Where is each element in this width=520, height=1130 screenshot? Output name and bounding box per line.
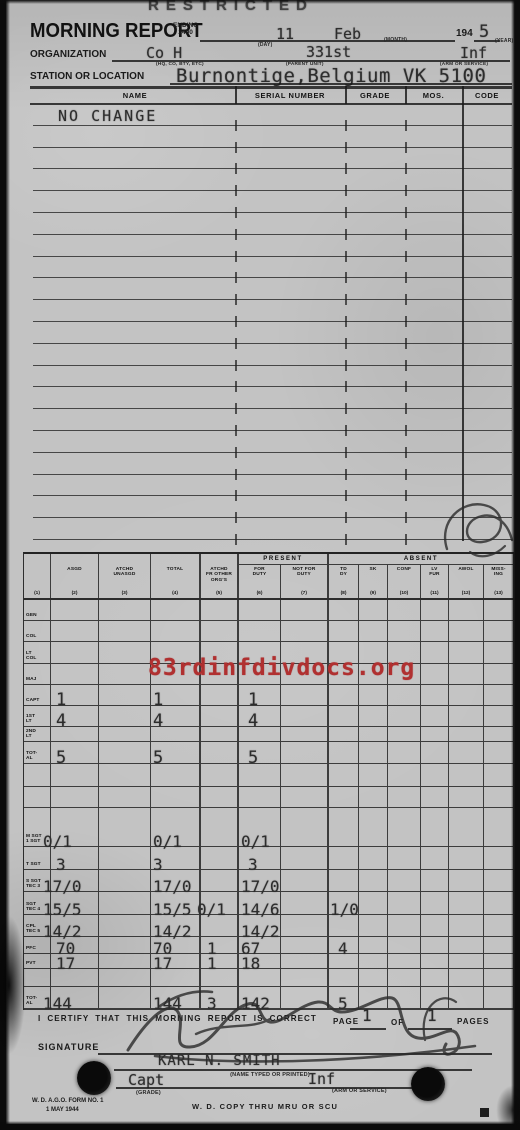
- summary-cell: [99, 706, 151, 726]
- summary-cell: [484, 685, 514, 705]
- summary-cell: [421, 937, 449, 953]
- summary-cell: [99, 915, 151, 936]
- ending-block: ENDING 2400: [173, 22, 198, 36]
- summary-value: 4: [56, 711, 66, 731]
- roster-col-grade: GRADE: [345, 91, 405, 100]
- summary-cell: [99, 554, 151, 565]
- summary-cell: [99, 969, 151, 986]
- summary-cell: [359, 727, 388, 741]
- summary-cell: [388, 685, 421, 705]
- summary-cell: [359, 870, 388, 891]
- summary-value: 17/0: [153, 877, 192, 896]
- summary-cell: (10): [388, 588, 421, 598]
- summary-cell: [359, 954, 388, 968]
- pages-underline: [408, 1028, 452, 1030]
- summary-cell: [421, 764, 449, 786]
- summary-cell: [99, 987, 151, 1008]
- roster-row: [33, 409, 512, 431]
- roster-row: [33, 475, 512, 497]
- summary-cell: (1): [24, 588, 51, 598]
- parent-unit-value: 331st: [306, 43, 351, 61]
- summary-cell: [51, 664, 99, 684]
- summary-cell: [281, 954, 329, 968]
- summary-row-label: GEN: [24, 600, 51, 620]
- summary-cell: (12): [449, 588, 484, 598]
- summary-cell: [201, 742, 239, 763]
- summary-cell: LVFUR: [421, 565, 449, 588]
- summary-cell: [421, 847, 449, 869]
- summary-value: 0/1: [43, 832, 72, 851]
- summary-cell: [201, 621, 239, 641]
- arm-value: Inf: [460, 44, 487, 62]
- summary-cell: [388, 742, 421, 763]
- summary-cell: [484, 954, 514, 968]
- summary-row: 1STLT444: [24, 706, 514, 727]
- roster-row: [33, 518, 512, 540]
- summary-cell: [388, 727, 421, 741]
- summary-value: 0/1: [153, 832, 182, 851]
- summary-cell: [421, 664, 449, 684]
- summary-cell: AWOL: [449, 565, 484, 588]
- summary-cell: [99, 870, 151, 891]
- ending-label: ENDING: [173, 22, 198, 29]
- signature-label: SIGNATURE: [38, 1042, 99, 1052]
- roster-row: [33, 191, 512, 213]
- summary-cell: [359, 742, 388, 763]
- summary-cell: [99, 764, 151, 786]
- summary-value: 5: [153, 748, 163, 768]
- punch-hole-right: [411, 1067, 445, 1101]
- summary-cell: 17/0: [239, 870, 281, 891]
- summary-cell: [99, 664, 151, 684]
- summary-cell: [449, 808, 484, 846]
- roster-row: [33, 387, 512, 409]
- form-date: 1 MAY 1944: [46, 1107, 79, 1113]
- summary-cell: [421, 600, 449, 620]
- summary-cell: [99, 685, 151, 705]
- summary-cell: [484, 892, 514, 914]
- summary-cell: [421, 954, 449, 968]
- summary-cell: 4: [239, 706, 281, 726]
- certify-statement: I CERTIFY THAT THIS MORNING REPORT IS CO…: [38, 1013, 317, 1023]
- summary-cell: [281, 621, 329, 641]
- summary-row: 2NDLT: [24, 727, 514, 742]
- summary-row: PVT1717118: [24, 954, 514, 969]
- summary-cell: [329, 621, 359, 641]
- summary-cell: [449, 685, 484, 705]
- summary-cell: [329, 742, 359, 763]
- summary-value: 1: [207, 954, 217, 973]
- summary-row: COL: [24, 621, 514, 642]
- summary-cell: [388, 787, 421, 807]
- summary-cell: [388, 870, 421, 891]
- summary-value: 1: [153, 690, 163, 710]
- column-tick: [405, 534, 407, 545]
- summary-cell: [99, 642, 151, 663]
- summary-cell: [449, 892, 484, 914]
- summary-row: [24, 787, 514, 808]
- summary-cell: (13): [484, 588, 514, 598]
- summary-row-label: LTCOL: [24, 642, 51, 663]
- summary-row: M SGT1 SGT0/10/10/1: [24, 808, 514, 847]
- summary-cell: 5: [51, 742, 99, 763]
- summary-cell: 5: [329, 987, 359, 1008]
- summary-cell: [484, 787, 514, 807]
- roster-row: [33, 344, 512, 366]
- summary-label-row: ASGDATCHDUNASGDTOTALATCHDFR OTHERORG'SFO…: [24, 565, 514, 588]
- roster-row: [33, 213, 512, 235]
- summary-row: GEN: [24, 600, 514, 621]
- summary-value: 17/0: [241, 877, 280, 896]
- summary-value: 15/5: [43, 900, 82, 919]
- summary-cell: [484, 915, 514, 936]
- summary-cell: [99, 954, 151, 968]
- summary-cell: [388, 915, 421, 936]
- summary-cell: [388, 969, 421, 986]
- station-label: STATION OR LOCATION: [30, 70, 144, 82]
- summary-cell: [484, 987, 514, 1008]
- name-typed: KARL N. SMITH: [158, 1053, 281, 1069]
- roster-row: [33, 431, 512, 453]
- summary-cell: FORDUTY: [239, 565, 281, 588]
- summary-row: [24, 969, 514, 987]
- summary-cell: [329, 685, 359, 705]
- organization-label: ORGANIZATION: [30, 48, 106, 60]
- summary-cell: [281, 706, 329, 726]
- summary-cell: [484, 664, 514, 684]
- summary-cell: [421, 969, 449, 986]
- summary-cell: [449, 664, 484, 684]
- summary-cell: [24, 554, 51, 565]
- summary-cell: [359, 892, 388, 914]
- corner-mark: [480, 1108, 489, 1117]
- year-sublabel: (YEAR): [495, 38, 513, 44]
- summary-cell: [151, 621, 201, 641]
- report-day: 11: [276, 25, 294, 43]
- summary-cell: [484, 742, 514, 763]
- of-label: OF: [391, 1018, 404, 1027]
- summary-cell: ATCHDFR OTHERORG'S: [201, 565, 239, 588]
- roster-row: [33, 126, 512, 148]
- summary-row-label: [24, 787, 51, 807]
- summary-value: 0/1: [241, 832, 270, 851]
- summary-cell: (2): [51, 588, 99, 598]
- summary-value: 4: [153, 711, 163, 731]
- summary-cell: [329, 600, 359, 620]
- summary-cell: [449, 600, 484, 620]
- summary-cell: [388, 954, 421, 968]
- summary-value: 142: [241, 994, 270, 1013]
- summary-row-label: PVT: [24, 954, 51, 968]
- day-sublabel: (DAY): [258, 42, 272, 48]
- summary-cell: [421, 742, 449, 763]
- summary-cell: [484, 847, 514, 869]
- roster-row: [33, 496, 512, 518]
- summary-cell: 1: [201, 954, 239, 968]
- summary-cell: 5: [151, 742, 201, 763]
- summary-cell: 0/1: [151, 808, 201, 846]
- summary-cell: [201, 554, 239, 565]
- roster-header-divider: [235, 86, 237, 104]
- summary-cell: [281, 808, 329, 846]
- roster-col-serial: SERIAL NUMBER: [235, 91, 345, 100]
- roster-row: [33, 235, 512, 257]
- summary-cell: [281, 685, 329, 705]
- watermark-text: 83rdinfdivdocs.org: [148, 655, 415, 681]
- summary-cell: [281, 987, 329, 1008]
- restricted-stamp: RESTRICTED: [148, 0, 314, 14]
- summary-cell: [421, 621, 449, 641]
- summary-cell: [359, 685, 388, 705]
- summary-cell: [359, 987, 388, 1008]
- roster-row: [33, 169, 512, 191]
- summary-cell: [449, 969, 484, 986]
- summary-cell: 1: [51, 685, 99, 705]
- summary-cell: 70: [51, 937, 99, 953]
- summary-cell: [24, 565, 51, 588]
- roster-col-mos: MOS.: [405, 91, 462, 100]
- summary-cell: 17: [51, 954, 99, 968]
- summary-number-row: (1)(2)(3)(4)(5)(6)(7)(8)(9)(10)(11)(12)(…: [24, 588, 514, 600]
- summary-cell: [484, 621, 514, 641]
- summary-cell: [201, 787, 239, 807]
- roster-row: [33, 300, 512, 322]
- summary-cell: [449, 870, 484, 891]
- punch-hole-left: [77, 1061, 111, 1095]
- summary-cell: [201, 847, 239, 869]
- summary-cell: [99, 847, 151, 869]
- summary-cell: (7): [281, 588, 329, 598]
- page-label: PAGE: [333, 1017, 359, 1026]
- summary-cell: (11): [421, 588, 449, 598]
- roster-top-rule: [30, 86, 512, 89]
- summary-cell: TOTAL: [151, 565, 201, 588]
- year-digit: 5: [479, 22, 489, 42]
- summary-cell: 0/1: [51, 808, 99, 846]
- summary-row-label: CAPT: [24, 685, 51, 705]
- summary-value: 14/6: [241, 900, 280, 919]
- report-month: Feb: [334, 25, 361, 43]
- summary-row-label: [24, 969, 51, 986]
- summary-cell: [201, 685, 239, 705]
- summary-cell: [484, 937, 514, 953]
- summary-value: 144: [43, 994, 72, 1013]
- summary-cell: SK: [359, 565, 388, 588]
- summary-cell: [201, 706, 239, 726]
- summary-cell: [388, 600, 421, 620]
- summary-cell: 1/0: [329, 892, 359, 914]
- summary-cell: [281, 937, 329, 953]
- summary-cell: [484, 808, 514, 846]
- roster-row: [33, 278, 512, 300]
- morning-report-scan: RESTRICTED MORNING REPORT ENDING 2400 11…: [0, 0, 520, 1130]
- summary-cell: [484, 642, 514, 663]
- summary-cell: [388, 937, 421, 953]
- summary-cell: [388, 764, 421, 786]
- roster-col-code: CODE: [462, 91, 512, 100]
- footer-arm-sublabel: (ARM OR SERVICE): [332, 1088, 387, 1094]
- summary-cell: [421, 685, 449, 705]
- summary-cell: [281, 742, 329, 763]
- summary-cell: [449, 621, 484, 641]
- summary-cell: [449, 987, 484, 1008]
- summary-cell: [421, 727, 449, 741]
- summary-cell: [388, 621, 421, 641]
- summary-cell: [329, 808, 359, 846]
- summary-cell: [281, 600, 329, 620]
- station-underline: [170, 83, 512, 85]
- summary-value: 1: [56, 690, 66, 710]
- summary-cell: [421, 642, 449, 663]
- summary-cell: [449, 742, 484, 763]
- summary-value: 15/5: [153, 900, 192, 919]
- summary-value: 1/0: [330, 900, 359, 919]
- summary-cell: [449, 847, 484, 869]
- footer-arm-value: Inf: [308, 1070, 335, 1088]
- summary-cell: [329, 969, 359, 986]
- summary-cell: [484, 764, 514, 786]
- summary-cell: [359, 847, 388, 869]
- summary-cell: [239, 621, 281, 641]
- summary-cell: [421, 808, 449, 846]
- roster-row: [33, 453, 512, 475]
- summary-cell: ASGD: [51, 565, 99, 588]
- summary-row: TOT-AL14414431425: [24, 987, 514, 1010]
- summary-cell: [421, 915, 449, 936]
- ending-value: 2400: [173, 29, 198, 36]
- summary-cell: 142: [239, 987, 281, 1008]
- summary-cell: [51, 621, 99, 641]
- summary-row-label: 2NDLT: [24, 727, 51, 741]
- roster-body: NO CHANGE: [33, 104, 512, 540]
- present-group-header: PRESENT: [239, 554, 329, 565]
- summary-row-label: 1STLT: [24, 706, 51, 726]
- roster-row: [33, 366, 512, 388]
- summary-cell: [421, 987, 449, 1008]
- summary-value: 17/0: [43, 877, 82, 896]
- summary-cell: [281, 969, 329, 986]
- summary-cell: [484, 870, 514, 891]
- pages-label: PAGES: [457, 1017, 489, 1026]
- page-underline: [350, 1028, 386, 1030]
- summary-cell: TDDY: [329, 565, 359, 588]
- summary-cell: [51, 642, 99, 663]
- summary-cell: [281, 764, 329, 786]
- summary-row-label: TOT-AL: [24, 742, 51, 763]
- summary-value: 3: [248, 855, 258, 874]
- roster-header-divider: [405, 86, 407, 104]
- summary-cell: [281, 847, 329, 869]
- summary-cell: [329, 787, 359, 807]
- summary-cell: 1: [151, 685, 201, 705]
- summary-cell: [484, 706, 514, 726]
- summary-cell: [239, 727, 281, 741]
- summary-cell: 144: [151, 987, 201, 1008]
- grade-sublabel: (GRADE): [136, 1090, 161, 1096]
- summary-cell: [201, 727, 239, 741]
- summary-cell: [359, 808, 388, 846]
- summary-cell: [99, 892, 151, 914]
- summary-value: 17: [56, 954, 75, 973]
- roster-row: [33, 257, 512, 279]
- summary-cell: [388, 847, 421, 869]
- summary-cell: [484, 727, 514, 741]
- summary-cell: 1: [239, 685, 281, 705]
- summary-cell: [151, 787, 201, 807]
- summary-cell: 0/1: [239, 808, 281, 846]
- summary-cell: [359, 764, 388, 786]
- summary-cell: [201, 870, 239, 891]
- roster-header-divider: [345, 86, 347, 104]
- summary-cell: [99, 727, 151, 741]
- summary-cell: [329, 706, 359, 726]
- summary-value: 18: [241, 954, 260, 973]
- summary-value: 4: [248, 711, 258, 731]
- summary-value: 4: [338, 939, 348, 958]
- date-underline: [200, 40, 455, 42]
- summary-cell: [51, 787, 99, 807]
- summary-cell: [484, 600, 514, 620]
- summary-cell: [388, 892, 421, 914]
- summary-row-label: MAJ: [24, 664, 51, 684]
- summary-cell: [51, 600, 99, 620]
- summary-cell: [329, 727, 359, 741]
- summary-row-label: [24, 764, 51, 786]
- summary-cell: [449, 937, 484, 953]
- summary-cell: [329, 764, 359, 786]
- summary-cell: CONF: [388, 565, 421, 588]
- form-id: W. D. A.G.O. FORM NO. 1: [32, 1098, 103, 1104]
- roster-row: [33, 322, 512, 344]
- summary-cell: [99, 621, 151, 641]
- summary-cell: [359, 969, 388, 986]
- summary-cell: NOT FORDUTY: [281, 565, 329, 588]
- summary-cell: [359, 600, 388, 620]
- summary-value: 144: [153, 994, 182, 1013]
- summary-cell: 5: [239, 742, 281, 763]
- copy-note: W. D. COPY THRU MRU OR SCU: [192, 1102, 338, 1111]
- summary-row-label: COL: [24, 621, 51, 641]
- summary-value: 5: [248, 748, 258, 768]
- summary-cell: [359, 937, 388, 953]
- summary-value: 17: [153, 954, 172, 973]
- summary-cell: [281, 727, 329, 741]
- summary-cell: [281, 787, 329, 807]
- summary-cell: [99, 808, 151, 846]
- summary-cell: [359, 915, 388, 936]
- summary-cell: (5): [201, 588, 239, 598]
- summary-cell: 3: [201, 987, 239, 1008]
- summary-cell: 17: [151, 954, 201, 968]
- summary-cell: [421, 787, 449, 807]
- summary-cell: [449, 764, 484, 786]
- summary-cell: [388, 706, 421, 726]
- absent-group-header: ABSENT: [329, 554, 514, 565]
- summary-row: CAPT111: [24, 685, 514, 706]
- summary-value: 1: [248, 690, 258, 710]
- summary-cell: [201, 808, 239, 846]
- year-prefix: 194: [456, 28, 473, 39]
- summary-cell: [449, 727, 484, 741]
- summary-cell: ATCHDUNASGD: [99, 565, 151, 588]
- summary-cell: [201, 600, 239, 620]
- summary-cell: [99, 937, 151, 953]
- summary-cell: (8): [329, 588, 359, 598]
- roster-col-name: NAME: [35, 91, 235, 100]
- summary-cell: [239, 600, 281, 620]
- summary-cell: [388, 808, 421, 846]
- summary-cell: [484, 969, 514, 986]
